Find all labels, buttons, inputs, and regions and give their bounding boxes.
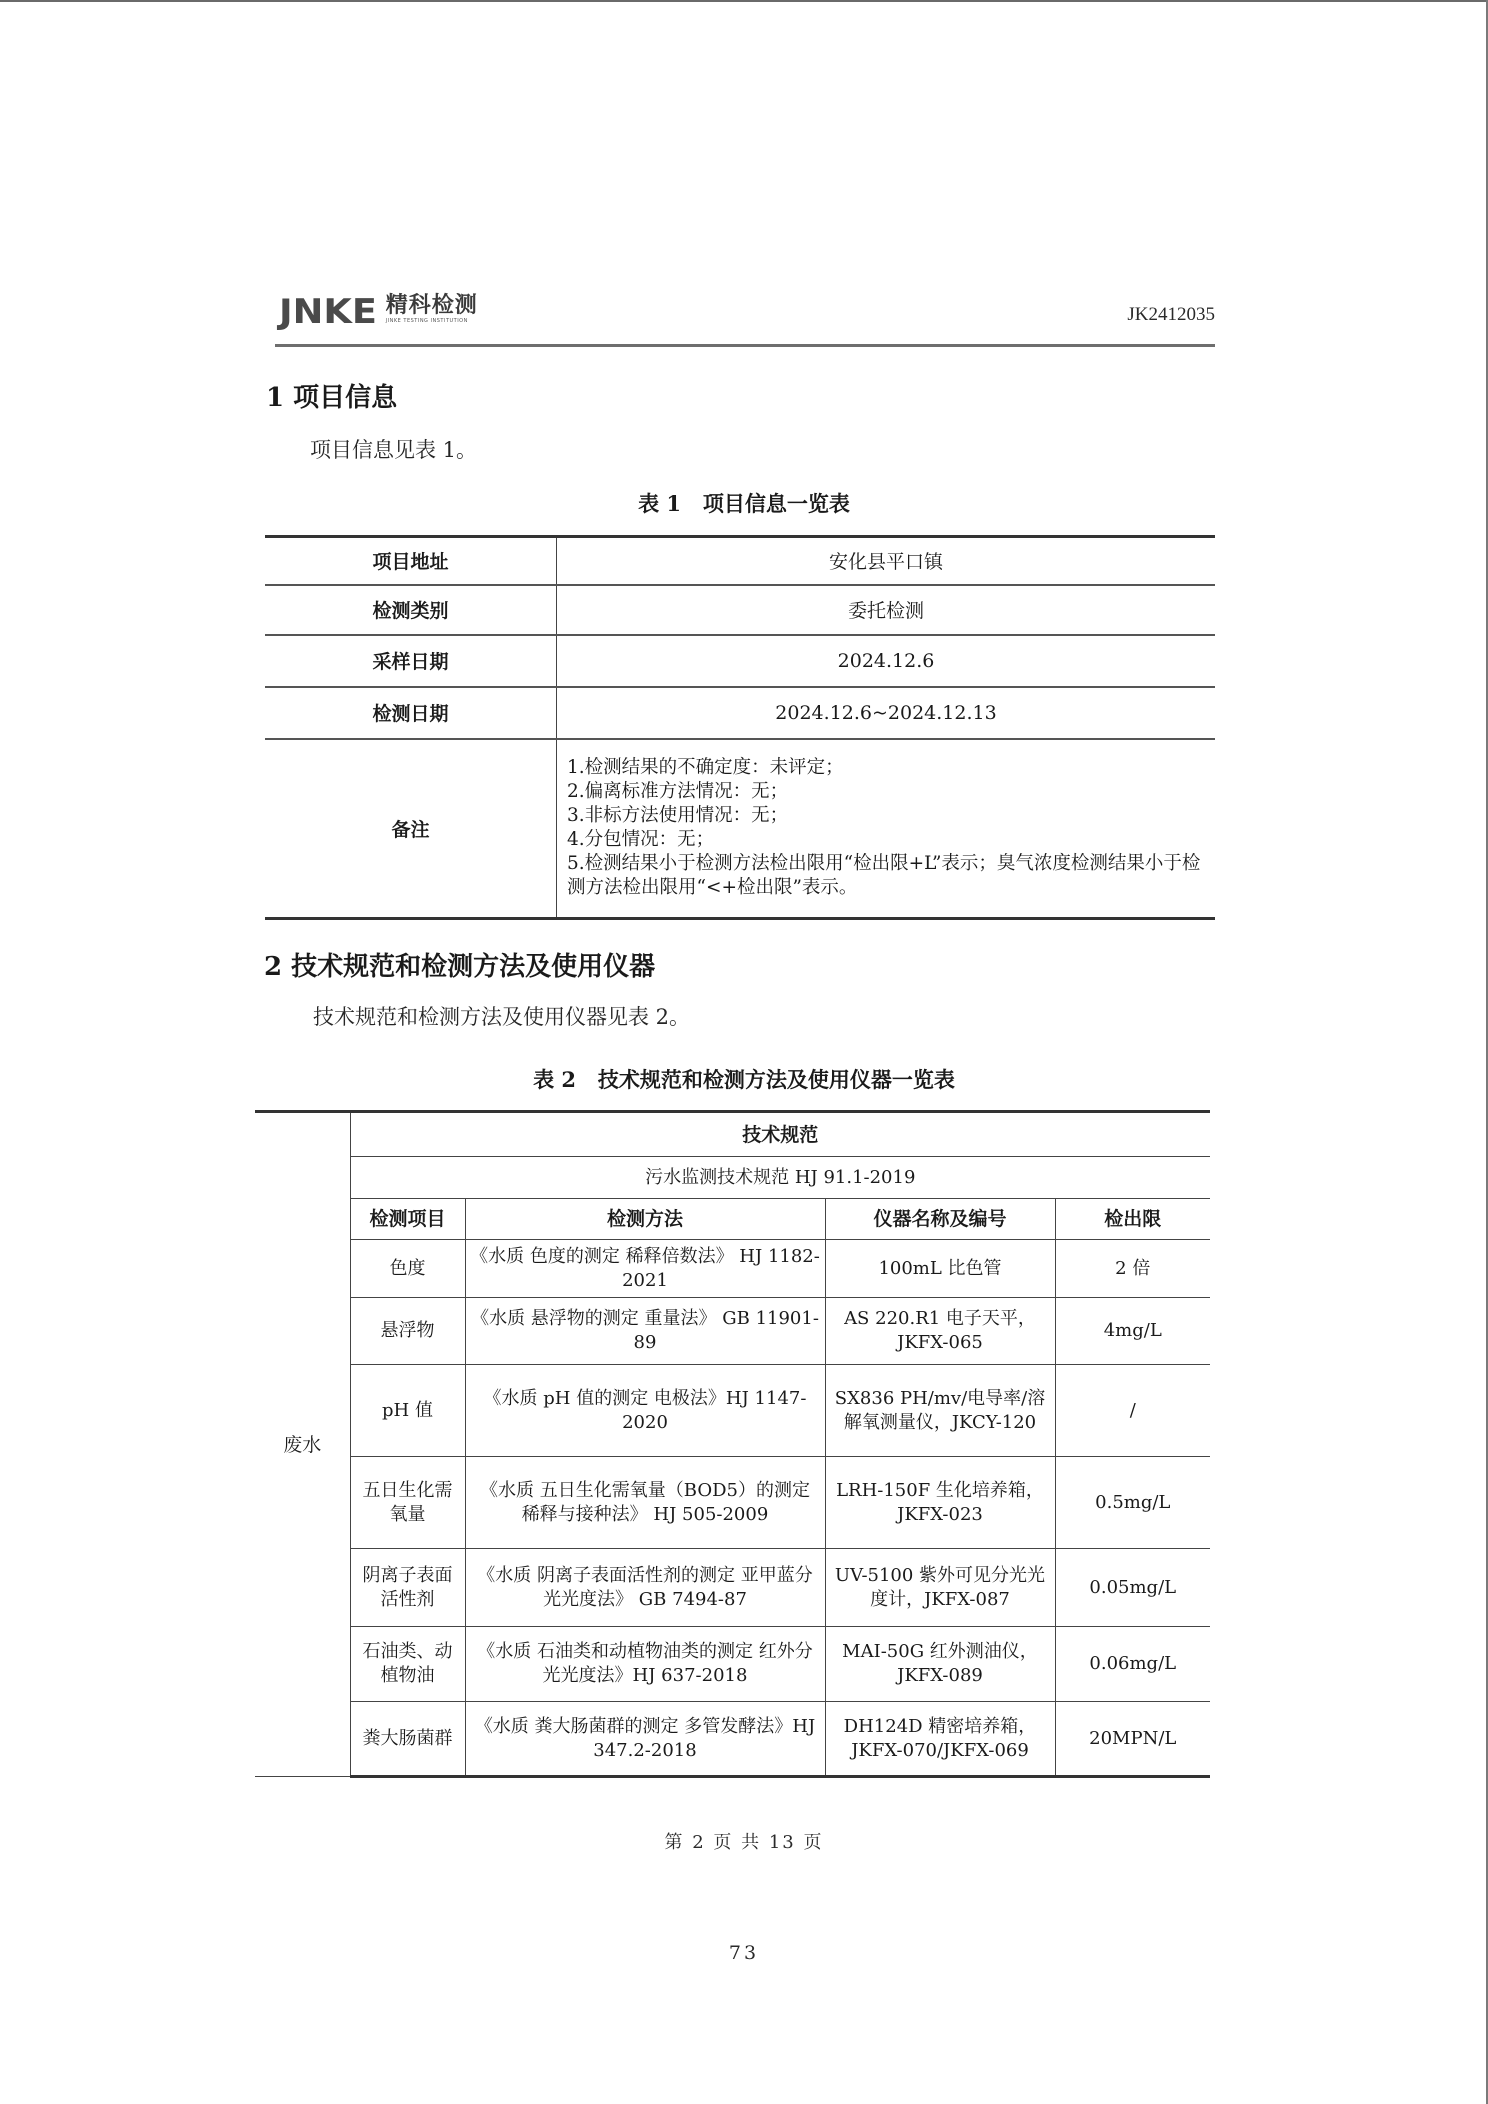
column-header-item: 检测项目: [350, 1199, 465, 1240]
table-row: 备注 1.检测结果的不确定度：未评定； 2.偏离标准方法情况：无； 3.非标方法…: [265, 739, 1215, 919]
instrument-cell: SX836 PH/mv/电导率/溶解氧测量仪，JKCY-120: [825, 1365, 1055, 1457]
header-divider: [275, 344, 1215, 347]
instrument-cell: MAI-50G 红外测油仪，JKFX-089: [825, 1627, 1055, 1702]
limit-cell: 2 倍: [1055, 1240, 1210, 1298]
row-label: 检测日期: [265, 687, 557, 739]
table-2-caption: 表 2 技术规范和检测方法及使用仪器一览表: [0, 1064, 1488, 1094]
company-logo: JNKE 精科检测 JINKE TESTING INSTITUTION: [279, 294, 478, 334]
instrument-cell: DH124D 精密培养箱，JKFX-070/JKFX-069: [825, 1702, 1055, 1777]
project-info-table: 项目地址 安化县平口镇 检测类别 委托检测 采样日期 2024.12.6 检测日…: [265, 535, 1215, 920]
instrument-cell: AS 220.R1 电子天平，JKFX-065: [825, 1298, 1055, 1365]
table-row: 检测日期 2024.12.6~2024.12.13: [265, 687, 1215, 739]
notes-cell: 1.检测结果的不确定度：未评定； 2.偏离标准方法情况：无； 3.非标方法使用情…: [557, 739, 1216, 919]
table-row: 污水监测技术规范 HJ 91.1-2019: [255, 1157, 1210, 1199]
column-header-limit: 检出限: [1055, 1199, 1210, 1240]
table-row: pH 值 《水质 pH 值的测定 电极法》HJ 1147-2020 SX836 …: [255, 1365, 1210, 1457]
table-row: 悬浮物 《水质 悬浮物的测定 重量法》 GB 11901-89 AS 220.R…: [255, 1298, 1210, 1365]
page-indicator: 第 2 页 共 13 页: [0, 1828, 1488, 1854]
item-cell: 石油类、动植物油: [350, 1627, 465, 1702]
section-1-intro: 项目信息见表 1。: [310, 434, 477, 464]
methods-instruments-table: 废水 技术规范 污水监测技术规范 HJ 91.1-2019 检测项目 检测方法 …: [255, 1110, 1210, 1778]
column-header-instrument: 仪器名称及编号: [825, 1199, 1055, 1240]
row-label: 采样日期: [265, 635, 557, 687]
table-row: 检测类别 委托检测: [265, 585, 1215, 635]
table-1-caption: 表 1 项目信息一览表: [0, 488, 1488, 518]
logo-text: 精科检测 JINKE TESTING INSTITUTION: [386, 294, 478, 325]
spec-header: 技术规范: [350, 1112, 1210, 1157]
table-header-row: 检测项目 检测方法 仪器名称及编号 检出限: [255, 1199, 1210, 1240]
instrument-cell: 100mL 比色管: [825, 1240, 1055, 1298]
method-cell: 《水质 石油类和动植物油类的测定 红外分光光度法》HJ 637-2018: [465, 1627, 825, 1702]
table-row: 石油类、动植物油 《水质 石油类和动植物油类的测定 红外分光光度法》HJ 637…: [255, 1627, 1210, 1702]
limit-cell: 4mg/L: [1055, 1298, 1210, 1365]
method-cell: 《水质 悬浮物的测定 重量法》 GB 11901-89: [465, 1298, 825, 1365]
item-cell: 悬浮物: [350, 1298, 465, 1365]
logo-mark: JNKE: [279, 294, 377, 330]
section-2-intro: 技术规范和检测方法及使用仪器见表 2。: [313, 1001, 690, 1031]
section-1-title: 1 项目信息: [266, 377, 397, 414]
table-row: 五日生化需氧量 《水质 五日生化需氧量（BOD5）的测定 稀释与接种法》 HJ …: [255, 1457, 1210, 1549]
item-cell: 阴离子表面活性剂: [350, 1549, 465, 1627]
note-line: 2.偏离标准方法情况：无；: [567, 780, 1207, 804]
instrument-cell: LRH-150F 生化培养箱，JKFX-023: [825, 1457, 1055, 1549]
table-row: 色度 《水质 色度的测定 稀释倍数法》 HJ 1182-2021 100mL 比…: [255, 1240, 1210, 1298]
column-header-method: 检测方法: [465, 1199, 825, 1240]
section-2-title: 2 技术规范和检测方法及使用仪器: [264, 946, 655, 983]
page-header: JNKE 精科检测 JINKE TESTING INSTITUTION JK24…: [275, 288, 1215, 348]
page-border-top: [0, 0, 1488, 2]
spec-value: 污水监测技术规范 HJ 91.1-2019: [350, 1157, 1210, 1199]
note-line: 4.分包情况：无；: [567, 828, 1207, 852]
method-cell: 《水质 阴离子表面活性剂的测定 亚甲蓝分光光度法》 GB 7494-87: [465, 1549, 825, 1627]
row-label: 检测类别: [265, 585, 557, 635]
row-label: 项目地址: [265, 537, 557, 585]
row-value: 委托检测: [557, 585, 1216, 635]
item-cell: 粪大肠菌群: [350, 1702, 465, 1777]
table-row: 项目地址 安化县平口镇: [265, 537, 1215, 585]
row-value: 安化县平口镇: [557, 537, 1216, 585]
table-row: 废水 技术规范: [255, 1112, 1210, 1157]
note-line: 3.非标方法使用情况：无；: [567, 804, 1207, 828]
method-cell: 《水质 五日生化需氧量（BOD5）的测定 稀释与接种法》 HJ 505-2009: [465, 1457, 825, 1549]
logo-english-name: JINKE TESTING INSTITUTION: [386, 318, 478, 325]
notes-label: 备注: [265, 739, 557, 919]
logo-chinese-name: 精科检测: [386, 294, 478, 318]
item-cell: 五日生化需氧量: [350, 1457, 465, 1549]
instrument-cell: UV-5100 紫外可见分光光度计，JKFX-087: [825, 1549, 1055, 1627]
method-cell: 《水质 色度的测定 稀释倍数法》 HJ 1182-2021: [465, 1240, 825, 1298]
item-cell: 色度: [350, 1240, 465, 1298]
table-row: 阴离子表面活性剂 《水质 阴离子表面活性剂的测定 亚甲蓝分光光度法》 GB 74…: [255, 1549, 1210, 1627]
table-row: 采样日期 2024.12.6: [265, 635, 1215, 687]
method-cell: 《水质 粪大肠菌群的测定 多管发酵法》HJ 347.2-2018: [465, 1702, 825, 1777]
row-value: 2024.12.6: [557, 635, 1216, 687]
limit-cell: 20MPN/L: [1055, 1702, 1210, 1777]
method-cell: 《水质 pH 值的测定 电极法》HJ 1147-2020: [465, 1365, 825, 1457]
limit-cell: /: [1055, 1365, 1210, 1457]
report-number: JK2412035: [1127, 304, 1215, 326]
row-value: 2024.12.6~2024.12.13: [557, 687, 1216, 739]
limit-cell: 0.05mg/L: [1055, 1549, 1210, 1627]
note-line: 5.检测结果小于检测方法检出限用“检出限+L”表示；臭气浓度检测结果小于检测方法…: [567, 852, 1207, 900]
item-cell: pH 值: [350, 1365, 465, 1457]
sample-category: 废水: [255, 1112, 350, 1777]
limit-cell: 0.5mg/L: [1055, 1457, 1210, 1549]
page-number: 73: [0, 1942, 1488, 1964]
note-line: 1.检测结果的不确定度：未评定；: [567, 756, 1207, 780]
table-row: 粪大肠菌群 《水质 粪大肠菌群的测定 多管发酵法》HJ 347.2-2018 D…: [255, 1702, 1210, 1777]
limit-cell: 0.06mg/L: [1055, 1627, 1210, 1702]
